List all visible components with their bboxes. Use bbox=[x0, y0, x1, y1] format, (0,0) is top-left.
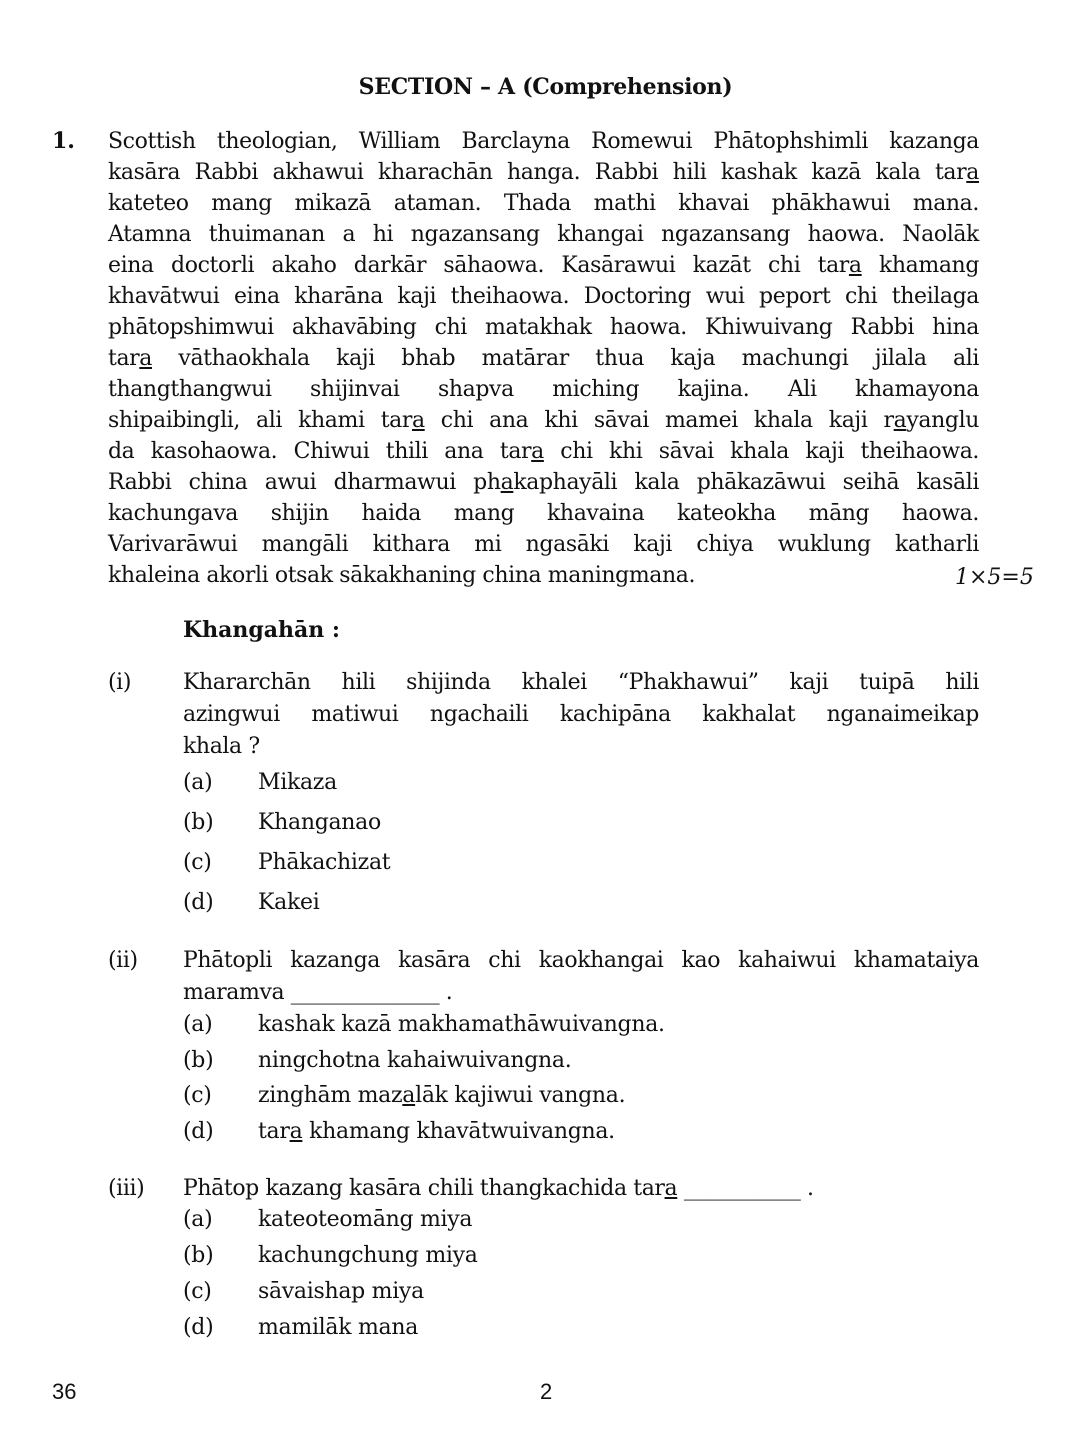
passage-line: kachungava shijin haida mang khavaina ka… bbox=[108, 498, 979, 529]
text-run: Varivarāwui mangāli kithara mi ngasāki k… bbox=[108, 532, 979, 557]
option-label: (d) bbox=[183, 1119, 213, 1144]
question-line: Phātopli kazanga kasāra chi kaokhangai k… bbox=[183, 945, 979, 977]
text-run: khala ? bbox=[183, 734, 260, 759]
text-run: kasāra Rabbi akhawui kharachān hanga. Ra… bbox=[108, 160, 966, 185]
underlined-letter: a bbox=[402, 1083, 415, 1108]
text-run: da kasohaowa. Chiwui thili ana tar bbox=[108, 439, 531, 464]
option-text: Phākachizat bbox=[258, 850, 390, 875]
option-text: tara khamang khavātwuivangna. bbox=[258, 1119, 615, 1144]
question-line: khala ? bbox=[183, 731, 979, 763]
question-text: Phātop kazang kasāra chili thangkachida … bbox=[183, 1173, 979, 1205]
underlined-letter: a bbox=[894, 408, 907, 433]
option-label: (b) bbox=[183, 810, 213, 835]
question-line: azingwui matiwui ngachaili kachipāna kak… bbox=[183, 699, 979, 731]
question-label: (i) bbox=[108, 667, 131, 699]
option-text: kashak kazā makhamathāwuivangna. bbox=[258, 1012, 665, 1037]
option-label: (a) bbox=[183, 1012, 212, 1037]
text-run: chi khi sāvai khala kaji theihaowa. bbox=[544, 439, 979, 464]
text-run: zinghām maz bbox=[258, 1083, 402, 1108]
text-run: Mikaza bbox=[258, 770, 337, 795]
passage-line: kateteo mang mikazā ataman. Thada mathi … bbox=[108, 188, 979, 219]
passage-line: Varivarāwui mangāli kithara mi ngasāki k… bbox=[108, 529, 979, 560]
passage-line: tara vāthaokhala kaji bhab matārar thua … bbox=[108, 343, 979, 374]
text-run: Phākachizat bbox=[258, 850, 390, 875]
text-run: shipaibingli, ali khami tar bbox=[108, 408, 412, 433]
text-run: azingwui matiwui ngachaili kachipāna kak… bbox=[183, 702, 979, 727]
text-run: thangthangwui shijinvai shapva miching k… bbox=[108, 377, 979, 402]
question-text: Khararchān hili shijinda khalei “Phakhaw… bbox=[183, 667, 979, 763]
passage-line: khavātwui eina kharāna kaji theihaowa. D… bbox=[108, 281, 979, 312]
text-run: vāthaokhala kaji bhab matārar thua kaja … bbox=[152, 346, 979, 371]
passage-line: phātopshimwui akhavābing chi matakhak ha… bbox=[108, 312, 979, 343]
option-text: kachungchung miya bbox=[258, 1243, 478, 1268]
underlined-letter: a bbox=[290, 1119, 303, 1144]
option-label: (d) bbox=[183, 1315, 213, 1340]
option-text: Khanganao bbox=[258, 810, 381, 835]
passage-line: Scottish theologian, William Barclayna R… bbox=[108, 126, 979, 157]
text-run: ___________ . bbox=[677, 1176, 813, 1201]
underlined-letter: a bbox=[412, 408, 425, 433]
text-run: mamilāk mana bbox=[258, 1315, 418, 1340]
option-label: (d) bbox=[183, 890, 213, 915]
option-label: (b) bbox=[183, 1243, 213, 1268]
option-text: zinghām mazalāk kajiwui vangna. bbox=[258, 1083, 625, 1108]
text-run: khaleina akorli otsak sākakhaning china … bbox=[108, 563, 695, 588]
option-text: sāvaishap miya bbox=[258, 1279, 424, 1304]
exam-page: SECTION – A (Comprehension) 1. Scottish … bbox=[0, 0, 1091, 1445]
questions-heading: Khangahān : bbox=[183, 617, 340, 643]
option-text: Kakei bbox=[258, 890, 319, 915]
text-run: ningchotna kahaiwuivangna. bbox=[258, 1048, 571, 1073]
option-text: kateoteomāng miya bbox=[258, 1207, 472, 1232]
text-run: Phātopli kazanga kasāra chi kaokhangai k… bbox=[183, 948, 979, 973]
passage-line: shipaibingli, ali khami tara chi ana khi… bbox=[108, 405, 979, 436]
passage-line: khaleina akorli otsak sākakhaning china … bbox=[108, 560, 979, 591]
text-run: khamang khavātwuivangna. bbox=[302, 1119, 614, 1144]
text-run: tar bbox=[258, 1119, 290, 1144]
option-text: Mikaza bbox=[258, 770, 337, 795]
text-run: khamang bbox=[862, 253, 979, 278]
text-run: kachungchung miya bbox=[258, 1243, 478, 1268]
section-title: SECTION – A (Comprehension) bbox=[0, 74, 1091, 100]
question-line: maramva ______________ . bbox=[183, 977, 979, 1009]
passage-line: Rabbi china awui dharmawui phakaphayāli … bbox=[108, 467, 979, 498]
option-label: (a) bbox=[183, 1207, 212, 1232]
text-run: maramva ______________ . bbox=[183, 980, 452, 1005]
comprehension-passage: Scottish theologian, William Barclayna R… bbox=[108, 126, 979, 591]
text-run: kateteo mang mikazā ataman. Thada mathi … bbox=[108, 191, 979, 216]
question-label: (ii) bbox=[108, 945, 138, 977]
text-run: Khanganao bbox=[258, 810, 381, 835]
text-run: eina doctorli akaho darkār sāhaowa. Kasā… bbox=[108, 253, 849, 278]
text-run: lāk kajiwui vangna. bbox=[415, 1083, 625, 1108]
text-run: tar bbox=[108, 346, 139, 371]
text-run: phātopshimwui akhavābing chi matakhak ha… bbox=[108, 315, 979, 340]
question-number: 1. bbox=[52, 128, 75, 154]
underlined-letter: a bbox=[139, 346, 152, 371]
question-line: Phātop kazang kasāra chili thangkachida … bbox=[183, 1173, 979, 1205]
option-text: ningchotna kahaiwuivangna. bbox=[258, 1048, 571, 1073]
text-run: Scottish theologian, William Barclayna R… bbox=[108, 129, 979, 154]
text-run: chi ana khi sāvai mamei khala kaji r bbox=[425, 408, 894, 433]
underlined-letter: a bbox=[665, 1176, 678, 1201]
underlined-letter: a bbox=[531, 439, 544, 464]
text-run: kaphayāli kala phākazāwui seihā kasāli bbox=[513, 470, 979, 495]
text-run: Kakei bbox=[258, 890, 319, 915]
text-run: Rabbi china awui dharmawui ph bbox=[108, 470, 501, 495]
option-label: (c) bbox=[183, 1083, 212, 1108]
text-run: sāvaishap miya bbox=[258, 1279, 424, 1304]
option-label: (a) bbox=[183, 770, 212, 795]
text-run: kateoteomāng miya bbox=[258, 1207, 472, 1232]
page-number: 2 bbox=[540, 1379, 552, 1405]
option-label: (c) bbox=[183, 850, 212, 875]
passage-line: thangthangwui shijinvai shapva miching k… bbox=[108, 374, 979, 405]
footer-code: 36 bbox=[52, 1379, 76, 1405]
passage-line: eina doctorli akaho darkār sāhaowa. Kasā… bbox=[108, 250, 979, 281]
text-run: Khararchān hili shijinda khalei “Phakhaw… bbox=[183, 670, 979, 695]
text-run: kachungava shijin haida mang khavaina ka… bbox=[108, 501, 979, 526]
marks-allocation: 1×5=5 bbox=[955, 565, 1034, 590]
question-line: Khararchān hili shijinda khalei “Phakhaw… bbox=[183, 667, 979, 699]
passage-line: Atamna thuimanan a hi ngazansang khangai… bbox=[108, 219, 979, 250]
text-run: Phātop kazang kasāra chili thangkachida … bbox=[183, 1176, 665, 1201]
option-label: (b) bbox=[183, 1048, 213, 1073]
question-text: Phātopli kazanga kasāra chi kaokhangai k… bbox=[183, 945, 979, 1009]
question-label: (iii) bbox=[108, 1173, 144, 1205]
text-run: khavātwui eina kharāna kaji theihaowa. D… bbox=[108, 284, 979, 309]
option-text: mamilāk mana bbox=[258, 1315, 418, 1340]
option-label: (c) bbox=[183, 1279, 212, 1304]
text-run: Atamna thuimanan a hi ngazansang khangai… bbox=[108, 222, 979, 247]
text-run: yanglu bbox=[906, 408, 979, 433]
underlined-letter: a bbox=[849, 253, 862, 278]
passage-line: kasāra Rabbi akhawui kharachān hanga. Ra… bbox=[108, 157, 979, 188]
text-run: kashak kazā makhamathāwuivangna. bbox=[258, 1012, 665, 1037]
underlined-letter: a bbox=[966, 160, 979, 185]
underlined-letter: a bbox=[501, 470, 514, 495]
passage-line: da kasohaowa. Chiwui thili ana tara chi … bbox=[108, 436, 979, 467]
